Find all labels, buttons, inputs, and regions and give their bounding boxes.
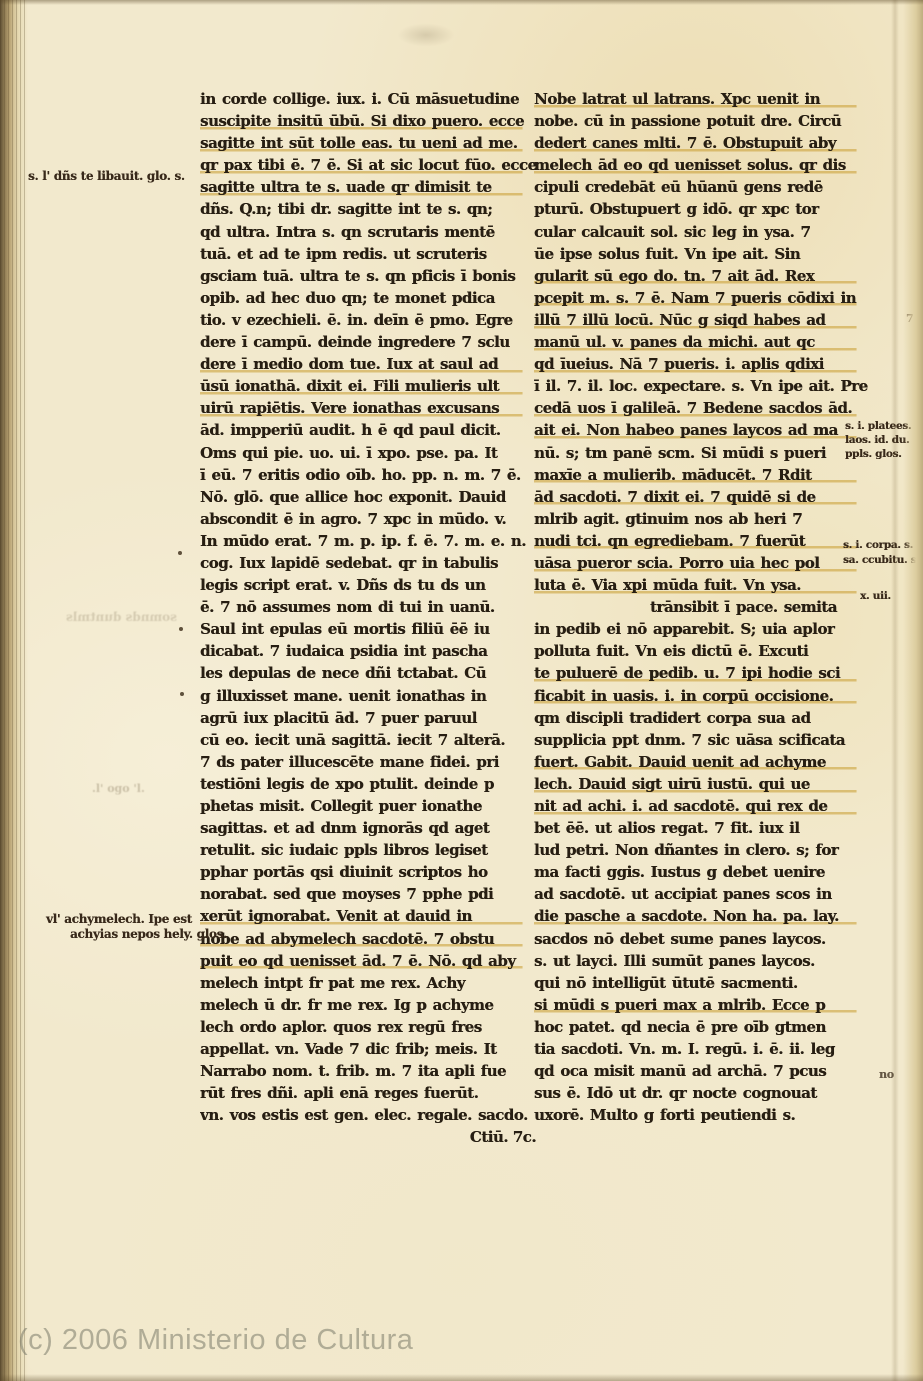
margin-gloss-line: vl' achymelech. Ipe est xyxy=(46,912,227,927)
manuscript-line-right: nū. s; tm panē scm. Si mūdi s pueri xyxy=(534,442,870,464)
manuscript-page-photo: in corde collige. iux. i. Cū māsuetudine… xyxy=(0,0,923,1381)
manuscript-line-right: nobe. cū in passione potuit dre. Circū xyxy=(534,110,870,132)
manuscript-line-right: qui nō intelligūt ūtutē sacmenti. xyxy=(534,972,870,994)
margin-gloss-line: s. i. platees. xyxy=(845,419,911,433)
manuscript-line-left: uirū rapiētis. Vere ionathas excusans xyxy=(200,397,536,419)
manuscript-line-right: ficabit in uasis. i. in corpū occisione. xyxy=(534,685,870,707)
manuscript-line-left: nobe ad abymelech sacdotē. 7 obstu xyxy=(200,928,536,950)
manuscript-line-right: tia sacdoti. Vn. m. I. regū. i. ē. ii. l… xyxy=(534,1038,870,1060)
margin-gloss-left-bottom: vl' achymelech. Ipe est achyias nepos he… xyxy=(46,912,227,942)
manuscript-line-left: suscipite insitū ūbū. Si dixo puero. ecc… xyxy=(200,110,536,132)
manuscript-line-left: ād. impperiū audit. h ē qd paul dicit. xyxy=(200,419,536,441)
manuscript-line-right: gularit sū ego do. tn. 7 ait ād. Rex xyxy=(534,265,870,287)
manuscript-line-left: ūsū ionathā. dixit ei. Fili mulieris ult xyxy=(200,375,536,397)
manuscript-line-left: xerūt ignorabat. Venit at dauid in xyxy=(200,905,536,927)
margin-gloss-right-top: s. i. platees. laos. id. du. ppls. glos. xyxy=(845,419,911,461)
manuscript-line-right: uxorē. Multo g forti peutiendi s. xyxy=(534,1104,870,1126)
manuscript-line-left: sagittas. et ad dnm ignorās qd aget xyxy=(200,817,536,839)
margin-gloss-right-xuii: x. uii. xyxy=(860,590,891,602)
manuscript-line-left: appellat. vn. Vade 7 dic frib; meis. It xyxy=(200,1038,536,1060)
manuscript-line-left: ē. 7 nō assumes nom di tui in uanū. xyxy=(200,596,536,618)
manuscript-line-right: manū ul. v. panes da michi. aut qc xyxy=(534,331,870,353)
manuscript-line-left: legis script erat. v. Dñs ds tu ds un xyxy=(200,574,536,596)
margin-gloss-line: achyias nepos hely. glos. xyxy=(46,927,227,942)
manuscript-line-right: trānsibit ī pace. semita xyxy=(534,596,870,618)
manuscript-line-left: rūt fres dñi. apli enā reges fuerūt. xyxy=(200,1082,536,1104)
manuscript-line-right: qd oca misit manū ad archā. 7 pcus xyxy=(534,1060,870,1082)
margin-dot xyxy=(179,627,183,631)
text-column-right: Nobe latrat ul latrans. Xpc uenit innobe… xyxy=(534,88,870,1126)
manuscript-line-right: polluta fuit. Vn eis dictū ē. Excuti xyxy=(534,640,870,662)
manuscript-line-left: tio. v ezechieli. ē. in. deīn ē pmo. Egr… xyxy=(200,309,536,331)
manuscript-line-right: pcepit m. s. 7 ē. Nam 7 pueris cōdixi in xyxy=(534,287,870,309)
manuscript-line-left: Oms qui pie. uo. ui. ī xpo. pse. pa. It xyxy=(200,442,536,464)
page-crease xyxy=(891,0,899,1381)
manuscript-line-right: nudi tci. qn egrediebam. 7 fuerūt xyxy=(534,530,870,552)
manuscript-line-left: Narrabo nom. t. frib. m. 7 ita apli fue xyxy=(200,1060,536,1082)
manuscript-line-left: 7 ds pater illucescēte mane fidei. pri xyxy=(200,751,536,773)
manuscript-line-left: les depulas de nece dñi tctabat. Cū xyxy=(200,662,536,684)
manuscript-line-right: cedā uos ī galileā. 7 Bedene sacdos ād. xyxy=(534,397,870,419)
column-colophon: Ctiū. 7c. xyxy=(200,1126,550,1148)
manuscript-line-left: lech ordo aplor. quos rex regū fres xyxy=(200,1016,536,1038)
manuscript-line-left: abscondit ē in agro. 7 xpc in mūdo. v. xyxy=(200,508,536,530)
manuscript-line-right: cipuli credebāt eū hūanū gens redē xyxy=(534,176,870,198)
ink-stain xyxy=(388,22,464,48)
manuscript-line-right: maxīe a mulierib. māducēt. 7 Rdit xyxy=(534,464,870,486)
manuscript-line-left: phetas misit. Collegit puer ionathe xyxy=(200,795,536,817)
manuscript-line-right: in pedib ei nō apparebit. S; uia aplor xyxy=(534,618,870,640)
manuscript-line-left: sagitte ultra te s. uade qr dimisit te xyxy=(200,176,536,198)
manuscript-line-right: melech ād eo qd uenisset solus. qr dis xyxy=(534,154,870,176)
manuscript-line-left: In mūdo erat. 7 m. p. ip. f. ē. 7. m. e.… xyxy=(200,530,536,552)
manuscript-line-right: dedert canes mlti. 7 ē. Obstupuit aby xyxy=(534,132,870,154)
manuscript-line-right: fuert. Gabit. Dauid uenit ad achyme xyxy=(534,751,870,773)
margin-gloss-line: laos. id. du. xyxy=(845,433,911,447)
manuscript-line-right: hoc patet. qd necia ē pre oīb gtmen xyxy=(534,1016,870,1038)
manuscript-line-right: ad sacdotē. ut accipiat panes scos in xyxy=(534,883,870,905)
margin-dot xyxy=(178,551,182,555)
manuscript-line-right: sacdos nō debet sume panes laycos. xyxy=(534,928,870,950)
manuscript-line-left: in corde collige. iux. i. Cū māsuetudine xyxy=(200,88,536,110)
manuscript-line-right: illū 7 illū locū. Nūc g siqd habes ad xyxy=(534,309,870,331)
manuscript-line-left: qd ultra. Intra s. qn scrutaris mentē xyxy=(200,221,536,243)
manuscript-line-left: cū eo. iecit unā sagittā. iecit 7 alterā… xyxy=(200,729,536,751)
manuscript-line-left: vn. vos estis est gen. elec. regale. sac… xyxy=(200,1104,536,1126)
manuscript-line-left: cog. Iux lapidē sedebat. qr in tabulis xyxy=(200,552,536,574)
manuscript-line-left: norabat. sed que moyses 7 pphe pdi xyxy=(200,883,536,905)
manuscript-line-right: pturū. Obstupuert g idō. qr xpc tor xyxy=(534,198,870,220)
text-column-left: in corde collige. iux. i. Cū māsuetudine… xyxy=(200,88,536,1126)
manuscript-line-left: dere ī medio dom tue. Iux at saul ad xyxy=(200,353,536,375)
manuscript-line-left: dñs. Q.n; tibi dr. sagitte int te s. qn; xyxy=(200,198,536,220)
manuscript-line-right: ma facti ggis. Iustus g debet uenire xyxy=(534,861,870,883)
manuscript-line-left: pphar portās qsi diuinit scriptos ho xyxy=(200,861,536,883)
manuscript-line-left: Nō. glō. que allice hoc exponit. Dauid xyxy=(200,486,536,508)
manuscript-line-left: sagitte int sūt tolle eas. tu ueni ad me… xyxy=(200,132,536,154)
manuscript-line-right: supplicia ppt dnm. 7 sic uāsa scificata xyxy=(534,729,870,751)
manuscript-line-left: testiōni legis de xpo ptulit. deinde p xyxy=(200,773,536,795)
manuscript-line-right: ī il. 7. il. loc. expectare. s. Vn ipe a… xyxy=(534,375,870,397)
margin-gloss-line: ppls. glos. xyxy=(845,447,911,461)
manuscript-line-left: gsciam tuā. ultra te s. qn pficis ī boni… xyxy=(200,265,536,287)
manuscript-line-left: Saul int epulas eū mortis filiū ēē iu xyxy=(200,618,536,640)
manuscript-line-left: puit eo qd uenisset ād. 7 ē. Nō. qd aby xyxy=(200,950,536,972)
manuscript-line-right: die pasche a sacdote. Non ha. pa. lay. xyxy=(534,905,870,927)
page-bottom-edge xyxy=(0,1374,923,1381)
manuscript-line-right: nit ad achi. i. ad sacdotē. qui rex de xyxy=(534,795,870,817)
page-top-edge xyxy=(0,0,923,5)
manuscript-line-right: ait ei. Non habeo panes laycos ad ma xyxy=(534,419,870,441)
manuscript-line-left: g illuxisset mane. uenit ionathas in xyxy=(200,685,536,707)
manuscript-line-left: melech intpt fr pat me rex. Achy xyxy=(200,972,536,994)
manuscript-line-right: cular calcauit sol. sic leg in ysa. 7 xyxy=(534,221,870,243)
manuscript-line-right: mlrib agit. gtinuim nos ab heri 7 xyxy=(534,508,870,530)
margin-dot xyxy=(180,692,184,696)
manuscript-line-right: ād sacdoti. 7 dixit ei. 7 quidē si de xyxy=(534,486,870,508)
manuscript-line-left: dere ī campū. deinde ingredere 7 sclu xyxy=(200,331,536,353)
page-right-edge xyxy=(903,0,923,1381)
manuscript-line-right: lech. Dauid sigt uirū iustū. qui ue xyxy=(534,773,870,795)
manuscript-line-right: lud petri. Non dñantes in clero. s; for xyxy=(534,839,870,861)
manuscript-line-left: qr pax tibi ē. 7 ē. Si at sic locut fūo.… xyxy=(200,154,536,176)
book-gutter-edge xyxy=(0,0,28,1381)
show-through-text: somnds duntmls xyxy=(66,610,177,624)
manuscript-line-right: uāsa pueror scia. Porro uia hec pol xyxy=(534,552,870,574)
manuscript-line-left: ī eū. 7 eritis odio oīb. ho. pp. n. m. 7… xyxy=(200,464,536,486)
manuscript-line-right: Nobe latrat ul latrans. Xpc uenit in xyxy=(534,88,870,110)
manuscript-line-left: opib. ad hec duo qn; te monet pdica xyxy=(200,287,536,309)
copyright-watermark: (c) 2006 Ministerio de Cultura xyxy=(18,1324,413,1357)
manuscript-line-right: sus ē. Idō ut dr. qr nocte cognouat xyxy=(534,1082,870,1104)
manuscript-line-right: qd īueius. Nā 7 pueris. i. aplis qdixi xyxy=(534,353,870,375)
manuscript-line-left: melech ū dr. fr me rex. Ig p achyme xyxy=(200,994,536,1016)
manuscript-line-right: te puluerē de pedib. u. 7 ipi hodie sci xyxy=(534,662,870,684)
manuscript-line-right: luta ē. Via xpi mūda fuit. Vn ysa. xyxy=(534,574,870,596)
manuscript-line-right: si mūdi s pueri max a mlrib. Ecce p xyxy=(534,994,870,1016)
show-through-text: .l' ogo 'l. xyxy=(92,782,145,795)
manuscript-line-left: agrū iux placitū ād. 7 puer paruul xyxy=(200,707,536,729)
manuscript-line-right: s. ut layci. Illi sumūt panes laycos. xyxy=(534,950,870,972)
manuscript-line-left: dicabat. 7 iudaica psidia int pascha xyxy=(200,640,536,662)
manuscript-line-right: ūe ipse solus fuit. Vn ipe ait. Sin xyxy=(534,243,870,265)
manuscript-line-right: qm discipli tradidert corpa sua ad xyxy=(534,707,870,729)
manuscript-line-right: bet ēē. ut alios regat. 7 fit. iux il xyxy=(534,817,870,839)
manuscript-line-left: retulit. sic iudaic ppls libros legiset xyxy=(200,839,536,861)
manuscript-line-left: tuā. et ad te ipm redis. ut scruteris xyxy=(200,243,536,265)
margin-gloss-left-top: s. l' dñs te libauit. glo. s. xyxy=(28,169,185,183)
